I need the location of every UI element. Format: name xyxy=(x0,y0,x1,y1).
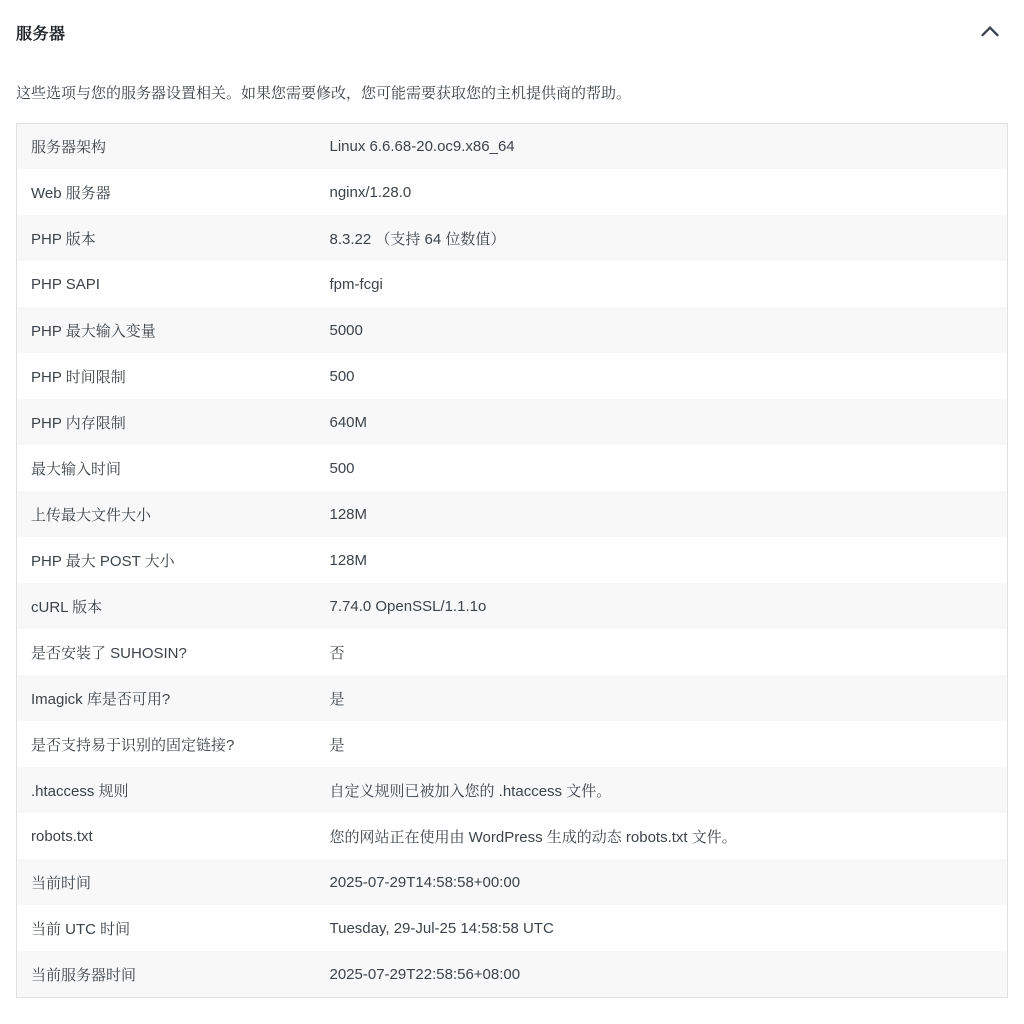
row-value: 是 xyxy=(330,675,1008,721)
row-value: 500 xyxy=(330,445,1008,491)
site-health-server-section: 服务器 这些选项与您的服务器设置相关。如果您需要修改，您可能需要获取您的主机提供… xyxy=(0,0,1024,998)
table-row: PHP 最大 POST 大小 128M xyxy=(17,537,1008,583)
chevron-up-icon xyxy=(976,18,1004,46)
row-label: .htaccess 规则 xyxy=(17,767,330,813)
row-value: 128M xyxy=(330,537,1008,583)
row-label: 当前服务器时间 xyxy=(17,951,330,997)
row-value: Linux 6.6.68-20.oc9.x86_64 xyxy=(330,123,1008,169)
row-label: Web 服务器 xyxy=(17,169,330,215)
row-value: 640M xyxy=(330,399,1008,445)
section-description: 这些选项与您的服务器设置相关。如果您需要修改，您可能需要获取您的主机提供商的帮助… xyxy=(16,85,1008,104)
row-label: PHP 版本 xyxy=(17,215,330,261)
row-label: PHP 内存限制 xyxy=(17,399,330,445)
table-row: robots.txt 您的网站正在使用由 WordPress 生成的动态 rob… xyxy=(17,813,1008,859)
row-value: Tuesday, 29-Jul-25 14:58:58 UTC xyxy=(330,905,1008,951)
row-value: 5000 xyxy=(330,307,1008,353)
table-row: PHP 内存限制 640M xyxy=(17,399,1008,445)
row-value: 您的网站正在使用由 WordPress 生成的动态 robots.txt 文件。 xyxy=(330,813,1008,859)
table-row: 最大输入时间 500 xyxy=(17,445,1008,491)
row-label: 上传最大文件大小 xyxy=(17,491,330,537)
table-row: 当前时间 2025-07-29T14:58:58+00:00 xyxy=(17,859,1008,905)
row-label: 当前时间 xyxy=(17,859,330,905)
row-value: 500 xyxy=(330,353,1008,399)
row-label: PHP 最大输入变量 xyxy=(17,307,330,353)
table-row: PHP 版本 8.3.22 （支持 64 位数值） xyxy=(17,215,1008,261)
row-label: cURL 版本 xyxy=(17,583,330,629)
row-value: 8.3.22 （支持 64 位数值） xyxy=(330,215,1008,261)
row-value: 2025-07-29T14:58:58+00:00 xyxy=(330,859,1008,905)
row-value: fpm-fcgi xyxy=(330,261,1008,307)
row-label: 是否安装了 SUHOSIN? xyxy=(17,629,330,675)
table-row: 服务器架构 Linux 6.6.68-20.oc9.x86_64 xyxy=(17,123,1008,169)
table-row: Web 服务器 nginx/1.28.0 xyxy=(17,169,1008,215)
table-row: Imagick 库是否可用? 是 xyxy=(17,675,1008,721)
row-value: 2025-07-29T22:58:56+08:00 xyxy=(330,951,1008,997)
accordion-toggle-server[interactable]: 服务器 xyxy=(16,0,1008,46)
table-row: 当前服务器时间 2025-07-29T22:58:56+08:00 xyxy=(17,951,1008,997)
row-value: 是 xyxy=(330,721,1008,767)
row-value: 自定义规则已被加入您的 .htaccess 文件。 xyxy=(330,767,1008,813)
section-title: 服务器 xyxy=(16,21,66,44)
row-label: Imagick 库是否可用? xyxy=(17,675,330,721)
table-row: PHP 最大输入变量 5000 xyxy=(17,307,1008,353)
table-row: PHP SAPI fpm-fcgi xyxy=(17,261,1008,307)
table-row: .htaccess 规则 自定义规则已被加入您的 .htaccess 文件。 xyxy=(17,767,1008,813)
row-label: 服务器架构 xyxy=(17,123,330,169)
table-row: 是否支持易于识别的固定链接? 是 xyxy=(17,721,1008,767)
row-label: 是否支持易于识别的固定链接? xyxy=(17,721,330,767)
row-value: 否 xyxy=(330,629,1008,675)
row-label: 当前 UTC 时间 xyxy=(17,905,330,951)
row-label: PHP SAPI xyxy=(17,261,330,307)
row-label: 最大输入时间 xyxy=(17,445,330,491)
row-value: 128M xyxy=(330,491,1008,537)
table-row: 是否安装了 SUHOSIN? 否 xyxy=(17,629,1008,675)
row-label: robots.txt xyxy=(17,813,330,859)
table-row: 当前 UTC 时间 Tuesday, 29-Jul-25 14:58:58 UT… xyxy=(17,905,1008,951)
row-label: PHP 最大 POST 大小 xyxy=(17,537,330,583)
server-info-table: 服务器架构 Linux 6.6.68-20.oc9.x86_64 Web 服务器… xyxy=(16,123,1008,998)
row-label: PHP 时间限制 xyxy=(17,353,330,399)
table-row: PHP 时间限制 500 xyxy=(17,353,1008,399)
table-row: cURL 版本 7.74.0 OpenSSL/1.1.1o xyxy=(17,583,1008,629)
row-value: 7.74.0 OpenSSL/1.1.1o xyxy=(330,583,1008,629)
row-value: nginx/1.28.0 xyxy=(330,169,1008,215)
table-row: 上传最大文件大小 128M xyxy=(17,491,1008,537)
